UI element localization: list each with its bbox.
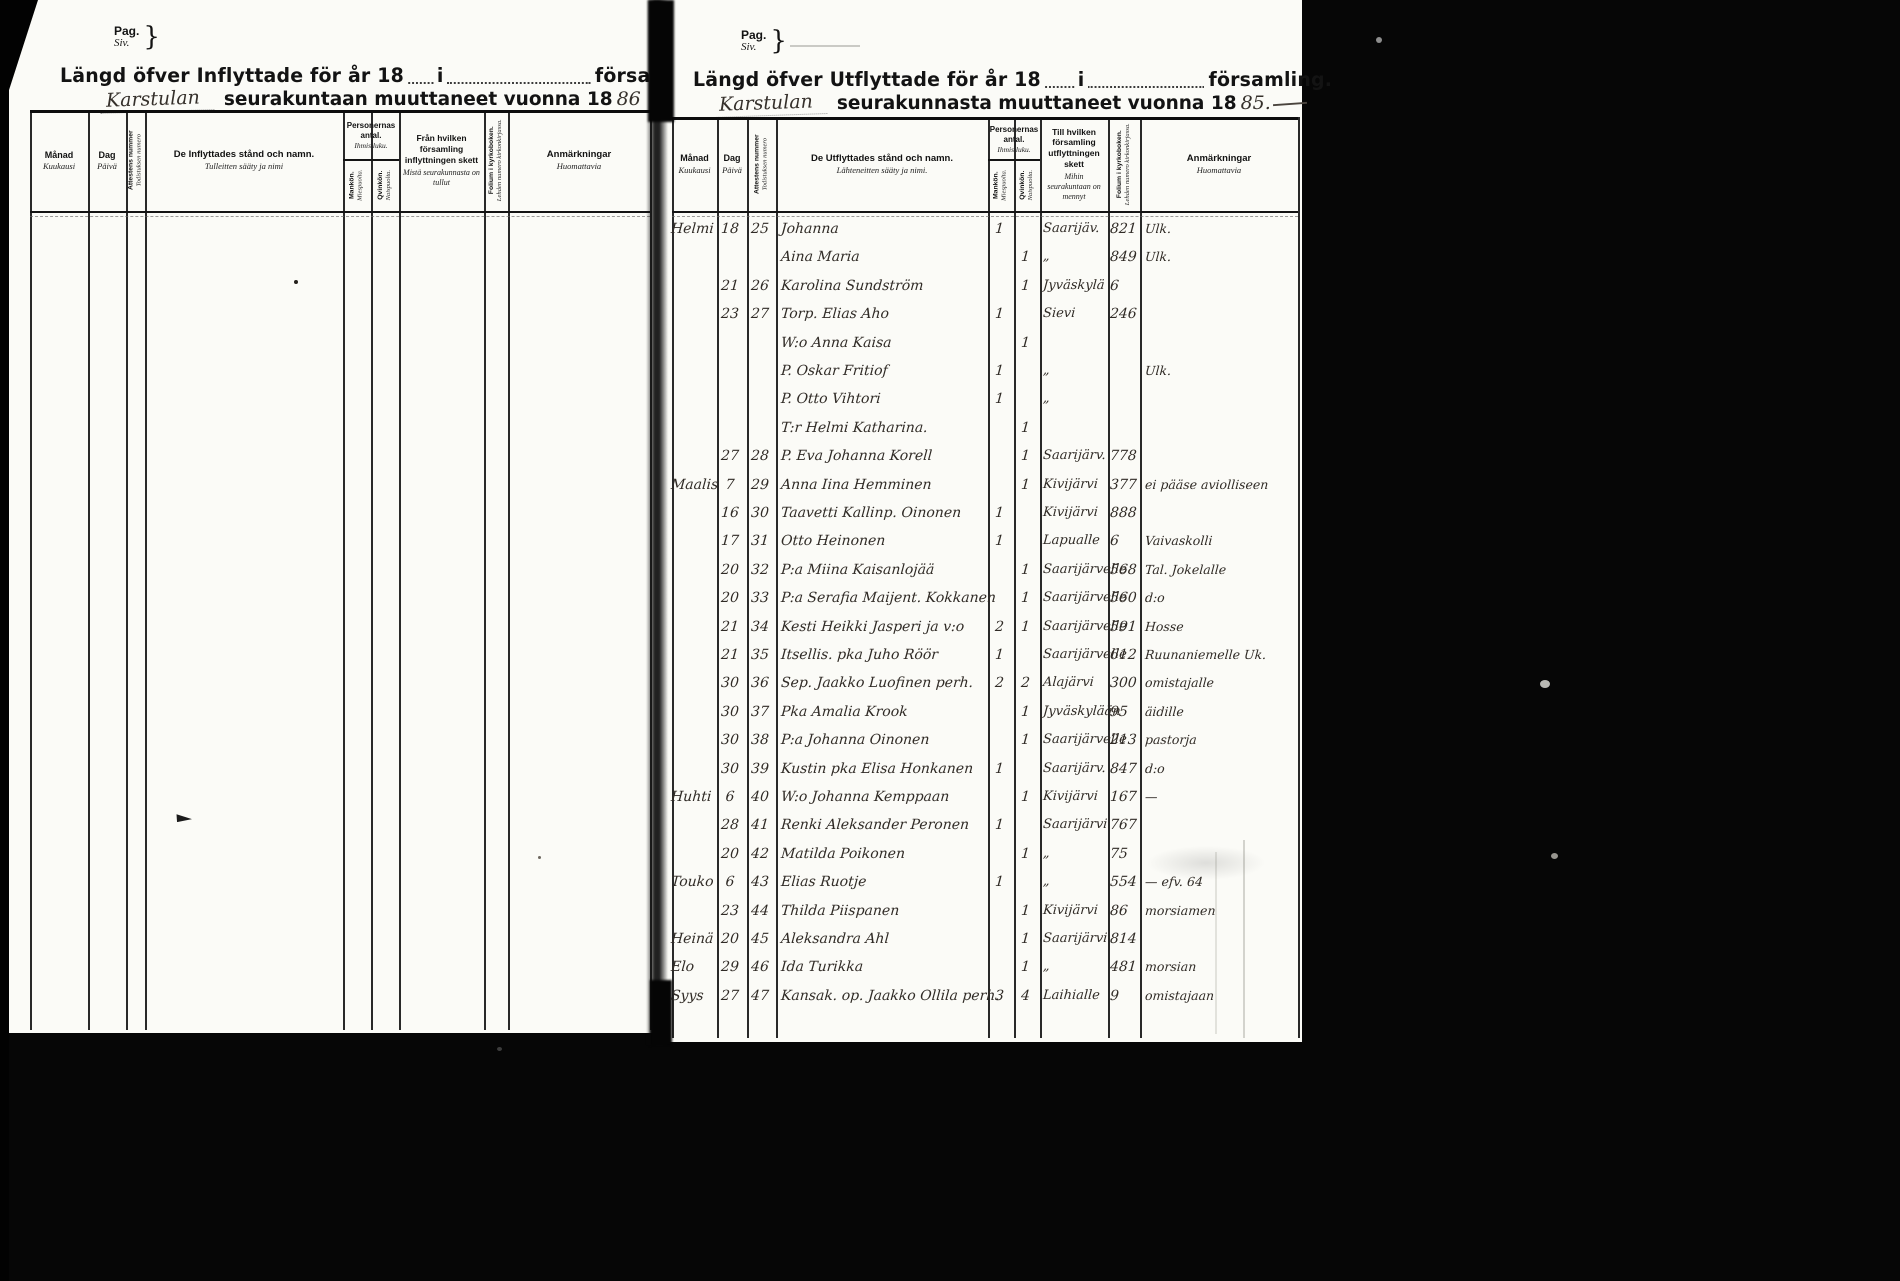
left-title-pre: Längd öfver Inflyttade för år 18 [60,64,404,87]
entry-male-count: 1 [986,869,1013,895]
entry-destination-parish: Jyväskylään [1042,699,1108,725]
entry-folio: 213 [1109,727,1141,753]
entry-day: 30 [714,699,746,725]
entry-name: P. Eva Johanna Korell [780,443,987,469]
entry-attest-number: 36 [745,670,775,696]
entry-destination-parish: Kivijärvi [1042,784,1108,810]
entry-day: 20 [714,926,746,952]
ink-speck [294,280,298,284]
entry-female-count: 1 [1012,614,1039,640]
entry-attest-number: 26 [745,273,775,299]
entry-day: 6 [714,784,746,810]
entry-attest-number: 25 [745,216,775,242]
col-parish-fi: Mistä seurakunnasta on tullut [402,168,481,187]
entry-remark: Ulk. [1144,244,1298,270]
entry-name: Taavetti Kallinp. Oinonen [780,500,987,526]
col-day-fi: Päivä [97,161,117,171]
entry-day: 20 [714,841,746,867]
entry-day: 27 [714,983,746,1009]
entry-name: W:o Johanna Kemppaan [780,784,987,810]
header-rule [30,211,650,213]
entry-name: Sep. Jaakko Luofinen perh. [780,670,987,696]
entry-row: 3039Kustin pka Elisa Honkanen1Saarijärv.… [655,756,1302,784]
entry-row: 2135Itsellis. pka Juho Röör1Saarijärvell… [655,642,1302,670]
dust-speck [1551,853,1558,859]
title-year-blank [408,80,433,84]
entry-day: 7 [714,472,746,498]
column-rule [484,110,486,1030]
entry-row: 1731Otto Heinonen1Lapualle6Vaivaskolli [655,528,1302,556]
left-title-i: i [437,64,444,87]
entry-day: 27 [714,443,746,469]
entry-name: Torp. Elias Aho [780,301,987,327]
entry-attest-number: 37 [745,699,775,725]
entry-remark: omistajaan [1144,983,1298,1009]
entry-folio: 377 [1109,472,1141,498]
entry-day: 29 [714,954,746,980]
entry-female-count: 1 [1012,443,1039,469]
entry-attest-number: 45 [745,926,775,952]
entry-remark: — efv. 64 [1144,869,1298,895]
column-rule [343,110,345,1030]
entry-day: 30 [714,727,746,753]
pag-label-sv: Pag. [114,25,139,38]
col-header-folio: Folium i kyrkoboken. Lehden numero kirko… [484,110,508,211]
entry-remark: morsian [1144,954,1298,980]
entry-attest-number: 46 [745,954,775,980]
entry-month: Maalis [670,472,716,498]
entry-name: Aleksandra Ahl [780,926,987,952]
entry-destination-parish: Saarijärvelle [1042,585,1108,611]
entry-folio: 86 [1109,898,1141,924]
entry-attest-number: 43 [745,869,775,895]
entry-attest-number: 32 [745,557,775,583]
entry-destination-parish: „ [1042,954,1108,980]
entry-male-count: 1 [986,528,1013,554]
entry-attest-number: 41 [745,812,775,838]
entry-day: 17 [714,528,746,554]
entry-row: 2327Torp. Elias Aho1Sievi246 [655,301,1302,329]
entry-row: 3036Sep. Jaakko Luofinen perh.22Alajärvi… [655,670,1302,698]
dust-speck [1540,680,1550,688]
entry-folio: 554 [1109,869,1141,895]
entry-folio: 6 [1109,273,1141,299]
entry-male-count: 1 [986,301,1013,327]
entry-row: Heinä2045Aleksandra Ahl1Saarijärvi814 [655,926,1302,954]
entry-day: 28 [714,812,746,838]
entry-female-count: 1 [1012,585,1039,611]
entry-destination-parish: „ [1042,244,1108,270]
entry-day: 21 [714,642,746,668]
col-month-fi: Kuukausi [43,161,75,171]
entry-day: 20 [714,557,746,583]
col-name-sv: De Inflyttades stånd och namn. [174,149,314,161]
entry-folio: 560 [1109,585,1141,611]
entry-folio: 568 [1109,557,1141,583]
col-male-fi: Miespuolta. [357,169,365,200]
gutter-shadow-top [648,0,674,122]
entry-name: Ida Turikka [780,954,987,980]
entry-destination-parish: Alajärvi [1042,670,1108,696]
col-header-day: Dag Päivä [88,110,126,211]
entry-male-count: 1 [986,642,1013,668]
entry-row: P. Otto Vihtori1„ [655,386,1302,414]
entry-month: Heinä [670,926,716,952]
entry-folio: 95 [1109,699,1141,725]
entry-remark: Ruunaniemelle Uk. [1144,642,1298,668]
entry-row: 3037Pka Amalia Krook1Jyväskylään95äidill… [655,699,1302,727]
entry-folio: 167 [1109,784,1141,810]
header-rule [30,110,650,113]
entry-male-count: 2 [986,614,1013,640]
entry-name: Renki Aleksander Peronen [780,812,987,838]
col-female-fi: Naispuolta. [385,170,393,201]
col-attest-fi: Todistuksen numero [136,134,144,186]
pag-brace: } [143,22,160,52]
dust-speck [497,1047,502,1051]
entry-female-count: 1 [1012,472,1039,498]
entry-day: 20 [714,585,746,611]
entry-folio: 300 [1109,670,1141,696]
ink-speck [538,856,541,859]
entry-folio: 814 [1109,926,1141,952]
ledger-scan: Pag. Siv. } Längd öfver Inflyttade för å… [0,0,1900,1281]
entry-folio: 9 [1109,983,1141,1009]
entry-name: T:r Helmi Katharina. [780,415,987,441]
entry-name: P. Otto Vihtori [780,386,987,412]
entry-name: W:o Anna Kaisa [780,330,987,356]
entry-remark: Hosse [1144,614,1298,640]
entry-row: Huhti640W:o Johanna Kemppaan1Kivijärvi16… [655,784,1302,812]
col-folio-fi: Lehden numero kirkonkirjassa. [496,120,504,202]
entry-remark: omistajalle [1144,670,1298,696]
entry-name: P:a Johanna Oinonen [780,727,987,753]
entry-male-count: 1 [986,216,1013,242]
entry-month: Syys [670,983,716,1009]
entry-day: 21 [714,614,746,640]
col-header-female: Qvinkön. Naispuolta. [371,159,399,211]
entry-remark: d:o [1144,585,1298,611]
entry-row: T:r Helmi Katharina.1 [655,415,1302,443]
entry-folio: 612 [1109,642,1141,668]
entry-destination-parish: Saarijäv. [1042,216,1108,242]
entry-destination-parish: Saarijärvi [1042,812,1108,838]
book-gutter [646,0,668,1045]
col-name-fi: Tulleitten sääty ja nimi [205,161,283,171]
entry-female-count: 1 [1012,926,1039,952]
entry-female-count: 1 [1012,954,1039,980]
entry-day: 30 [714,756,746,782]
column-rule [399,110,401,1030]
col-folio-sv: Folium i kyrkoboken. [488,127,496,195]
title-parish-blank [447,80,591,84]
column-rule [126,110,128,1030]
entry-name: Kansak. op. Jaakko Ollila perh. [780,983,987,1009]
entry-male-count: 1 [986,358,1013,384]
col-month-sv: Månad [45,150,74,161]
col-header-month: Månad Kuukausi [30,110,88,211]
col-header-from-parish: Från hvilken församling inflyttningen sk… [399,110,484,211]
entry-attest-number: 42 [745,841,775,867]
entry-row: Elo2946Ida Turikka1„481morsian [655,954,1302,982]
column-rule [30,110,32,1030]
entry-male-count: 1 [986,500,1013,526]
entry-female-count: 2 [1012,670,1039,696]
entry-folio: 888 [1109,500,1141,526]
entry-month: Huhti [670,784,716,810]
entry-day: 23 [714,898,746,924]
entry-name: Itsellis. pka Juho Röör [780,642,987,668]
entry-day: 16 [714,500,746,526]
entry-attest-number: 34 [745,614,775,640]
entry-remark: äidille [1144,699,1298,725]
col-header-attest-no: Attestens nummer Todistuksen numero [126,110,145,211]
entry-attest-number: 29 [745,472,775,498]
entry-folio: 481 [1109,954,1141,980]
entry-destination-parish: „ [1042,869,1108,895]
column-rule [371,110,373,1030]
entry-name: Kesti Heikki Jasperi ja v:o [780,614,987,640]
entry-name: P. Oskar Fritiof [780,358,987,384]
entry-folio: 591 [1109,614,1141,640]
entry-destination-parish: Saarijärv. [1042,756,1108,782]
header-rule [30,216,650,217]
entry-row: 2042Matilda Poikonen1„75 [655,841,1302,869]
entry-female-count: 4 [1012,983,1039,1009]
col-header-male: Mankön. Miespuolta. [343,159,371,211]
entry-attest-number: 39 [745,756,775,782]
entry-remark: — [1144,784,1298,810]
entry-folio: 6 [1109,528,1141,554]
left-subtitle: Karstulan seurakuntaan muuttaneet vuonna… [100,88,641,112]
col-day-sv: Dag [98,150,115,161]
entry-destination-parish: Kivijärvi [1042,898,1108,924]
entry-day: 6 [714,869,746,895]
entry-male-count: 2 [986,670,1013,696]
entry-remark: ei pääse aviolliseen [1144,472,1298,498]
entry-month: Helmi [670,216,716,242]
entry-destination-parish: Sievi [1042,301,1108,327]
entry-row: 2728P. Eva Johanna Korell1Saarijärv.778 [655,443,1302,471]
entry-day: 21 [714,273,746,299]
column-rule [88,110,90,1030]
entry-row: Maalis729Anna Iina Hemminen1Kivijärvi377… [655,472,1302,500]
entry-folio: 847 [1109,756,1141,782]
entry-folio: 849 [1109,244,1141,270]
entry-male-count: 1 [986,756,1013,782]
entry-folio: 778 [1109,443,1141,469]
entry-name: P:a Miina Kaisanlojää [780,557,987,583]
entry-row: 2344Thilda Piispanen1Kivijärvi86morsiame… [655,898,1302,926]
entry-folio: 75 [1109,841,1141,867]
entry-attest-number: 31 [745,528,775,554]
entry-female-count: 1 [1012,244,1039,270]
entry-row: Helmi1825Johanna1Saarijäv.821Ulk. [655,216,1302,244]
entry-destination-parish: Jyväskylä [1042,273,1108,299]
entry-destination-parish: „ [1042,386,1108,412]
entry-name: Kustin pka Elisa Honkanen [780,756,987,782]
entry-attest-number: 33 [745,585,775,611]
entry-remark: morsiamen [1144,898,1298,924]
entry-female-count: 1 [1012,273,1039,299]
entry-row: 3038P:a Johanna Oinonen1Saarijärvelle213… [655,727,1302,755]
entry-remark: Ulk. [1144,358,1298,384]
entry-folio: 246 [1109,301,1141,327]
entry-folio: 767 [1109,812,1141,838]
entry-attest-number: 44 [745,898,775,924]
entry-destination-parish: Saarijärv. [1042,443,1108,469]
left-page: Pag. Siv. } Längd öfver Inflyttade för å… [8,0,655,1033]
entry-row: 2841Renki Aleksander Peronen1Saarijärvi7… [655,812,1302,840]
entry-destination-parish: Lapualle [1042,528,1108,554]
entry-name: P:a Serafia Maijent. Kokkanen [780,585,987,611]
entry-female-count: 1 [1012,727,1039,753]
entry-row: 2033P:a Serafia Maijent. Kokkanen1Saarij… [655,585,1302,613]
col-parish-sv: Från hvilken församling inflyttningen sk… [402,133,481,165]
gutter-shadow-bottom [650,980,672,1046]
entry-destination-parish: Laihialle [1042,983,1108,1009]
entry-male-count: 1 [986,386,1013,412]
entry-attest-number: 38 [745,727,775,753]
entry-name: Karolina Sundström [780,273,987,299]
column-rule [145,110,147,1030]
entry-row: 2126Karolina Sundström1Jyväskylä6 [655,273,1302,301]
col-header-remarks: Anmärkningar Huomattavia [508,110,650,211]
entry-attest-number: 47 [745,983,775,1009]
entry-row: 1630Taavetti Kallinp. Oinonen1Kivijärvi8… [655,500,1302,528]
entry-remark: pastorja [1144,727,1298,753]
entry-female-count: 1 [1012,699,1039,725]
entry-day: 23 [714,301,746,327]
entry-female-count: 1 [1012,415,1039,441]
entry-destination-parish: Kivijärvi [1042,500,1108,526]
scan-edge [0,0,9,1281]
entry-destination-parish: Kivijärvi [1042,472,1108,498]
left-pag-label: Pag. Siv. } [114,22,160,52]
entry-destination-parish: Saarijärvelle [1042,642,1108,668]
left-title: Längd öfver Inflyttade för år 18 i försa… [60,64,719,87]
handwritten-year: 86 [617,88,641,110]
col-remarks-fi: Huomattavia [557,161,601,171]
col-attest-sv: Attestens nummer [127,131,135,191]
header-rule [343,159,399,161]
entry-row: 2032P:a Miina Kaisanlojää1Saarijärvelle5… [655,557,1302,585]
entry-row: 2134Kesti Heikki Jasperi ja v:o21Saarijä… [655,614,1302,642]
entry-row: Aina Maria1„849Ulk. [655,244,1302,272]
entry-name: Anna Iina Hemminen [780,472,987,498]
entry-row: P. Oskar Fritiof1„Ulk. [655,358,1302,386]
col-header-name: De Inflyttades stånd och namn. Tulleitte… [145,110,343,211]
entry-month: Elo [670,954,716,980]
entry-name: Otto Heinonen [780,528,987,554]
entry-attest-number: 40 [745,784,775,810]
entry-male-count: 3 [986,983,1013,1009]
entry-month: Touko [670,869,716,895]
entry-female-count: 1 [1012,841,1039,867]
ink-mark [175,813,192,824]
col-remarks-sv: Anmärkningar [547,149,611,161]
entry-attest-number: 27 [745,301,775,327]
entry-name: Pka Amalia Krook [780,699,987,725]
entry-destination-parish: „ [1042,358,1108,384]
entry-remark: Tal. Jokelalle [1144,557,1298,583]
entry-name: Aina Maria [780,244,987,270]
col-female-sv: Qvinkön. [377,170,385,199]
entry-female-count: 1 [1012,898,1039,924]
entry-female-count: 1 [1012,557,1039,583]
pag-label-fi: Siv. [114,38,139,50]
entry-row: Touko643Elias Ruotje1„554— efv. 64 [655,869,1302,897]
entry-row: W:o Anna Kaisa1 [655,330,1302,358]
entry-destination-parish: Saarijärvi [1042,926,1108,952]
entry-name: Elias Ruotje [780,869,987,895]
entry-attest-number: 30 [745,500,775,526]
entry-destination-parish: Saarijärvelle [1042,727,1108,753]
entry-remark: Vaivaskolli [1144,528,1298,554]
entry-name: Johanna [780,216,987,242]
left-subtitle-text: seurakuntaan muuttaneet vuonna 18 [224,89,613,110]
entry-day: 18 [714,216,746,242]
right-page: Pag. Siv. } Längd öfver Utflyttade för å… [655,0,1302,1042]
entry-female-count: 1 [1012,330,1039,356]
entry-attest-number: 35 [745,642,775,668]
entry-female-count: 1 [1012,784,1039,810]
entry-destination-parish: Saarijärvelle [1042,557,1108,583]
entry-remark: d:o [1144,756,1298,782]
entry-attest-number: 28 [745,443,775,469]
entry-row: Syys2747Kansak. op. Jaakko Ollila perh.3… [655,983,1302,1011]
entry-name: Thilda Piispanen [780,898,987,924]
entry-folio: 821 [1109,216,1141,242]
entries-layer: Helmi1825Johanna1Saarijäv.821Ulk.Aina Ma… [655,0,1302,1042]
entry-male-count: 1 [986,812,1013,838]
entry-destination-parish: Saarijärvelle [1042,614,1108,640]
entry-remark: Ulk. [1144,216,1298,242]
dust-speck [1376,37,1382,43]
column-rule [508,110,510,1030]
entry-day: 30 [714,670,746,696]
entry-name: Matilda Poikonen [780,841,987,867]
entry-destination-parish: „ [1042,841,1108,867]
